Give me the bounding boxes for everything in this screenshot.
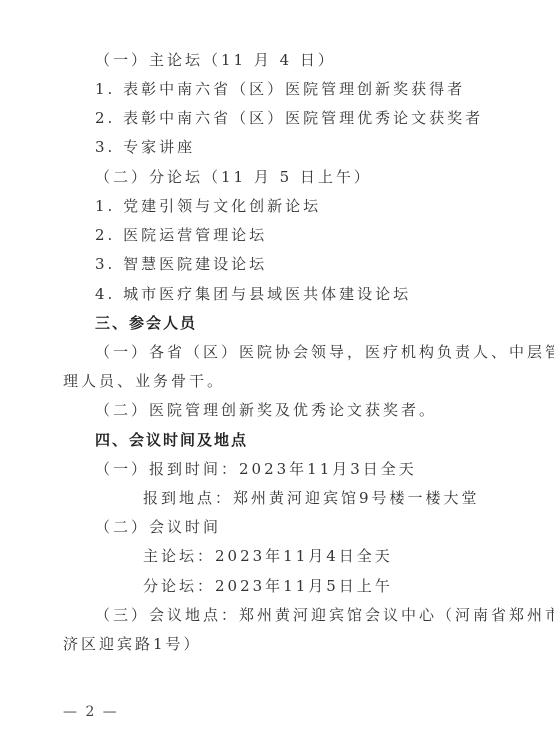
paragraph: （二）医院管理创新奖及优秀论文获奖者。 — [95, 400, 437, 420]
list-item: 3. 智慧医院建设论坛 — [95, 254, 267, 274]
page-number: — 2 — — [63, 704, 119, 720]
main-forum-time: 主论坛：2023年11月4日全天 — [143, 546, 393, 566]
list-item: 1. 表彰中南六省（区）医院管理创新奖获得者 — [95, 79, 465, 99]
section-sub-forum-title: （二）分论坛（11 月 5 日上午） — [95, 167, 372, 187]
sub-forum-time: 分论坛：2023年11月5日上午 — [143, 576, 393, 596]
section-main-forum-title: （一）主论坛（11 月 4 日） — [95, 50, 336, 70]
paragraph: （一）各省（区）医院协会领导，医疗机构负责人、中层管 — [95, 342, 554, 362]
list-item: 2. 表彰中南六省（区）医院管理优秀论文获奖者 — [95, 108, 483, 128]
meeting-location-continuation: 济区迎宾路1号） — [63, 634, 202, 654]
meeting-time-title: （二）会议时间 — [95, 517, 221, 537]
list-item: 3. 专家讲座 — [95, 137, 195, 157]
section-heading-time-location: 四、会议时间及地点 — [95, 430, 248, 450]
registration-location: 报到地点：郑州黄河迎宾馆9号楼一楼大堂 — [143, 488, 480, 508]
list-item: 4. 城市医疗集团与县域医共体建设论坛 — [95, 284, 411, 304]
registration-time: （一）报到时间：2023年11月3日全天 — [95, 459, 417, 479]
paragraph-continuation: 理人员、业务骨干。 — [63, 371, 225, 391]
list-item: 2. 医院运营管理论坛 — [95, 225, 267, 245]
meeting-location: （三）会议地点：郑州黄河迎宾馆会议中心（河南省郑州市惠 — [95, 605, 554, 625]
list-item: 1. 党建引领与文化创新论坛 — [95, 196, 321, 216]
section-heading-attendees: 三、参会人员 — [95, 313, 197, 333]
